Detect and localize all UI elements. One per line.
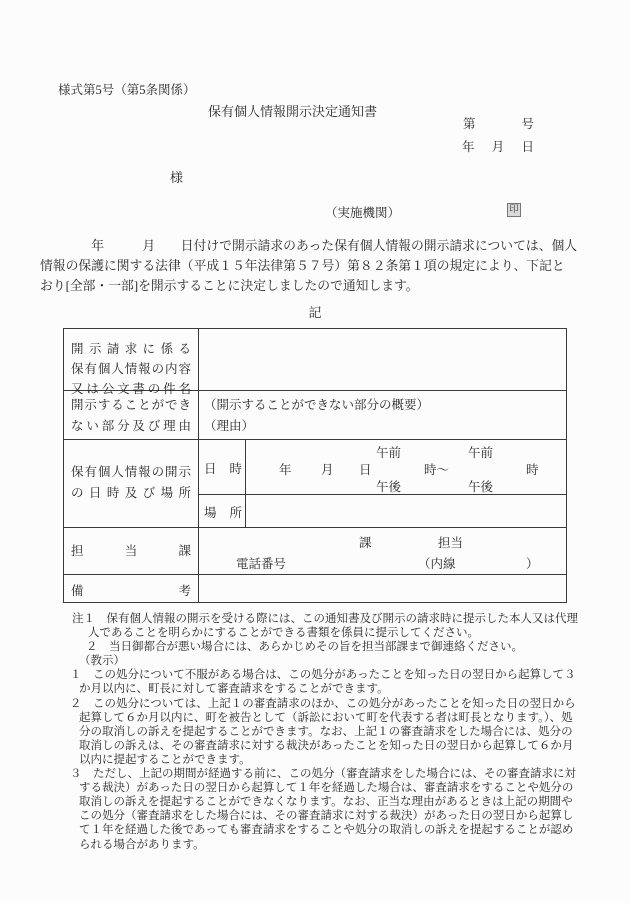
table-row-divider xyxy=(64,574,566,575)
date-day-label: 日 xyxy=(521,137,534,155)
note-line: ２ 当日御都合が悪い場合には、あらかじめその旨を担当部課まで御連絡ください。 xyxy=(70,640,580,654)
row1-label: 開示請求に係る 保有個人情報の内容 又は公文書の件名 xyxy=(71,339,191,399)
body-paragraph: 年 月 日付けで開示請求のあった保有個人情報の開示請求については、個人 情報の保… xyxy=(40,236,580,296)
note-line: する裁決）があった日の翌日から起算して１年を経過した場合は、審査請求をすることや… xyxy=(70,781,580,795)
note-line: られる場合があります。 xyxy=(70,838,580,852)
note-line: て１年を経過した後であっても審査請求をすることや処分の取消しの訴えを提起すること… xyxy=(70,823,580,837)
note-line: 取消しの訴えを提起することができなくなります。なお、正当な理由があるときは上記の… xyxy=(70,795,580,809)
row2-value: （開示することができない部分の概要） （理由） xyxy=(204,395,429,437)
note-line: 分の取消しの訴えを提起することができます。なお、上記１の審査請求をした場合には、… xyxy=(70,725,580,739)
row4-label: 担当課 xyxy=(71,541,191,559)
row2-label-line: ない部分及び理由 xyxy=(71,416,191,437)
page-title: 保有個人情報開示決定通知書 xyxy=(208,101,377,120)
date-month-label: 月 xyxy=(492,137,505,155)
day-label: 日 xyxy=(359,460,372,478)
note-line: ３ ただし、上記の期間が経過する前に、この処分（審査請求をした場合には、その審査… xyxy=(70,767,580,781)
staff-suffix: 担当 xyxy=(438,533,463,551)
body-line: 年 月 日付けで開示請求のあった保有個人情報の開示請求については、個人 xyxy=(40,236,580,256)
row3-label: 保有個人情報の開示 の日時及び場所 xyxy=(71,462,191,504)
phone-label: 電話番号 xyxy=(236,554,286,572)
place-sublabel: 場所 xyxy=(204,503,242,521)
row2-label-line: 開示することができ xyxy=(71,395,191,416)
disclosure-table: 開示請求に係る 保有個人情報の内容 又は公文書の件名 開示することができ ない部… xyxy=(63,328,567,603)
note-line: 人であることを明らかにすることができる書類を係員に提示してください。 xyxy=(70,626,580,640)
datetime-sublabel: 日時 xyxy=(204,459,242,477)
extension-open: （内線 xyxy=(418,554,456,572)
row1-label-line: 保有個人情報の内容 xyxy=(71,359,191,379)
pm-label: 午後 xyxy=(376,477,401,495)
row2-value-line: （開示することができない部分の概要） xyxy=(204,395,429,416)
row3-label-line: 保有個人情報の開示 xyxy=(71,462,191,483)
division-suffix: 課 xyxy=(359,533,372,551)
date-line: 年 月 日 xyxy=(462,137,534,155)
year-label: 年 xyxy=(279,460,292,478)
month-label: 月 xyxy=(321,460,334,478)
hour-from-label: 時～ xyxy=(424,460,449,478)
extension-close: ） xyxy=(526,554,539,572)
note-line: （教示） xyxy=(70,654,580,668)
note-line: か月以内に、町長に対して審査請求をすることができます。 xyxy=(70,682,580,696)
note-line: 注１ 保有個人情報の開示を受ける際には、この通知書及び開示の請求時に提示した本人… xyxy=(70,612,580,626)
doc-no-suffix: 号 xyxy=(521,114,534,132)
body-line: 情報の保護に関する法律（平成１５年法律第５７号）第８２条第１項の規定により、下記… xyxy=(40,256,580,276)
note-line: 取消しの訴えは、その審査請求に対する裁決があったことを知った日の翌日から起算して… xyxy=(70,739,580,753)
document-number-line: 第 号 xyxy=(463,114,534,132)
row1-label-line: 開示請求に係る xyxy=(71,339,191,359)
document-page: 様式第5号（第5条関係） 保有個人情報開示決定通知書 第 号 年 月 日 様 （… xyxy=(0,0,630,903)
recipient-suffix: 様 xyxy=(170,167,183,186)
form-number: 様式第5号（第5条関係） xyxy=(58,80,196,98)
seal-mark: 印 xyxy=(507,203,521,217)
ki-heading: 記 xyxy=(0,302,630,321)
hour-to-label: 時 xyxy=(526,460,539,478)
row5-label: 備考 xyxy=(71,581,191,599)
pm-label: 午後 xyxy=(468,477,493,495)
am-label: 午前 xyxy=(376,443,401,461)
note-line: ２ この処分については、上記１の審査請求のほか、この処分があったことを知った日の… xyxy=(70,697,580,711)
note-line: １ この処分について不服がある場合は、この処分があったことを知った日の翌日から起… xyxy=(70,668,580,682)
table-subcolumn-divider xyxy=(245,439,246,527)
row3-label-line: の日時及び場所 xyxy=(71,483,191,504)
body-line: おり[全部・一部]を開示することに決定しましたので通知します。 xyxy=(40,276,580,296)
note-line: 起算して６か月以内に、町を被告として（訴訟において町を代表する者は町長となります… xyxy=(70,711,580,725)
date-year-label: 年 xyxy=(462,137,475,155)
issuer-label: （実施機関） xyxy=(325,203,400,221)
table-column-divider xyxy=(198,329,199,602)
note-line: この処分（審査請求をした場合には、その審査請求に対する裁決）があった日の翌日から… xyxy=(70,809,580,823)
row2-value-line: （理由） xyxy=(204,416,429,437)
table-row-divider xyxy=(64,527,566,528)
notes-section: 注１ 保有個人情報の開示を受ける際には、この通知書及び開示の請求時に提示した本人… xyxy=(70,612,580,852)
note-line: 以内に提起することができます。 xyxy=(70,753,580,767)
row2-label: 開示することができ ない部分及び理由 xyxy=(71,395,191,437)
table-row-divider xyxy=(64,439,566,440)
am-label: 午前 xyxy=(468,443,493,461)
doc-no-prefix: 第 xyxy=(463,114,476,132)
